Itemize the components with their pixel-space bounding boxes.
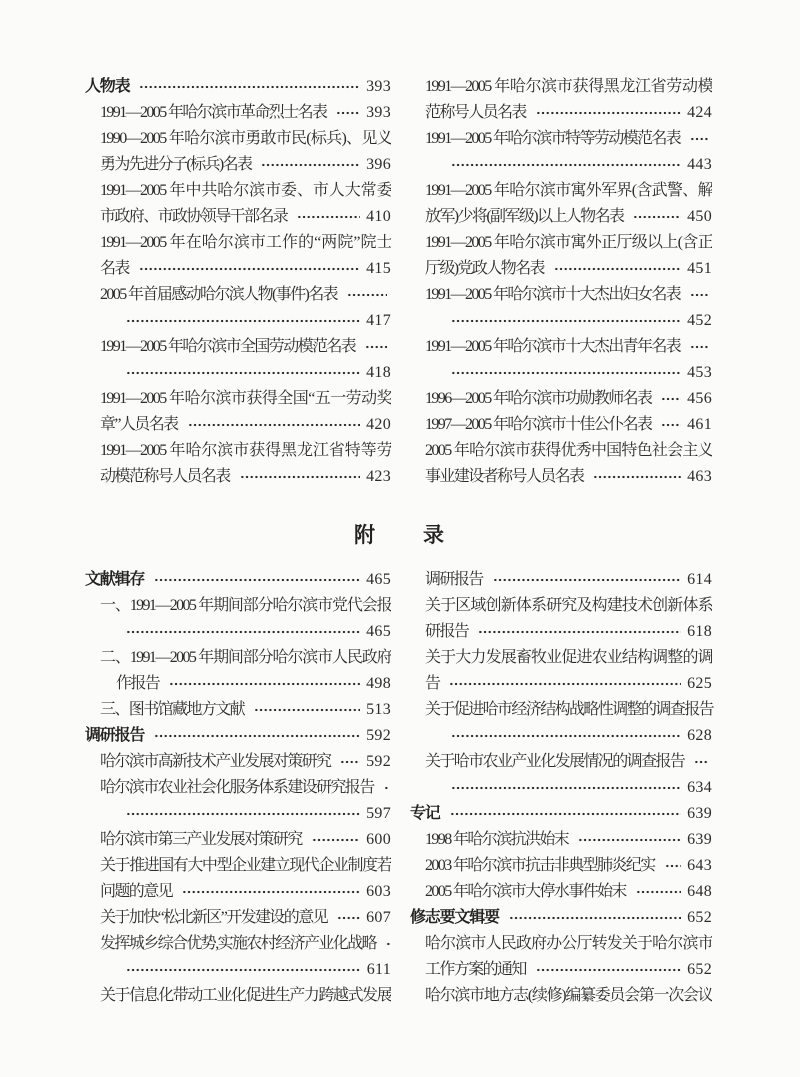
toc-entry-row: 1998 年哈尔滨抗洪始末639 [410, 827, 712, 853]
entry-title: 1991—2005 年哈尔滨市寓外正厅级以上(含正 [425, 230, 712, 256]
toc-entry-row: 1991—2005 年哈尔滨市全国劳动模范名表 [85, 334, 391, 360]
dot-leader [450, 360, 681, 386]
section-title: 人物表 [85, 74, 129, 100]
entry-title: 调研报告 [425, 567, 483, 593]
toc-entry-row: 1991—2005 年哈尔滨市获得黑龙江省劳动模 [410, 74, 712, 100]
dot-leader [535, 957, 681, 983]
toc-entry-row: 465 [85, 619, 391, 645]
toc-entry-row: 443 [410, 152, 712, 178]
toc-entry-row: 放军)少将(副军级)以上人物名表450 [410, 204, 712, 230]
dot-leader [125, 619, 360, 645]
toc-section-row: 文献辑存465 [85, 567, 391, 593]
dot-leader [181, 879, 360, 905]
dot-leader [168, 671, 360, 697]
section-title: 调研报告 [85, 723, 144, 749]
toc-entry-row: 问题的意见603 [85, 879, 391, 905]
dot-leader [260, 152, 360, 178]
dot-leader [125, 308, 360, 334]
toc-entry-row: 勇为先进分子(标兵)名表396 [85, 152, 391, 178]
entry-title: 发挥城乡综合优势,实施农村经济产业化战略 [100, 931, 376, 957]
dot-leader [689, 334, 708, 360]
toc-entry-row: 一、1991—2005 年期间部分哈尔滨市党代会报告 [85, 593, 391, 619]
entry-title: 2005 年哈尔滨市大停水事件始末 [425, 879, 626, 905]
toc-entry-row: 452 [410, 308, 712, 334]
page-number: 592 [364, 749, 391, 775]
page-number: 592 [364, 723, 391, 749]
toc-entry-row: 1991—2005 年中共哈尔滨市委、市人大常委会、 [85, 178, 391, 204]
page-number: 639 [685, 827, 712, 853]
dot-leader [693, 749, 708, 775]
toc-entry-row: 1991—2005 年哈尔滨市寓外军界(含武警、解 [410, 178, 712, 204]
page-number: 393 [364, 100, 391, 126]
dot-leader [339, 749, 360, 775]
page-number: 652 [685, 957, 712, 983]
dot-leader [239, 464, 360, 490]
page-number: 418 [364, 360, 391, 386]
entry-title: 问题的意见 [100, 879, 172, 905]
toc-entry-row: 研报告618 [410, 619, 712, 645]
page-number: 597 [364, 801, 391, 827]
toc-entry-row: 1991—2005 年哈尔滨市寓外正厅级以上(含正 [410, 230, 712, 256]
page-number: 415 [364, 256, 391, 282]
entry-title: 1991—2005 年哈尔滨市革命烈士名表 [100, 100, 326, 126]
entry-title: 二、1991—2005 年期间部分哈尔滨市人民政府工 [100, 645, 391, 671]
dot-leader [448, 671, 681, 697]
page-number: 652 [685, 905, 712, 931]
dot-leader [311, 827, 360, 853]
page-number: 625 [685, 671, 712, 697]
dot-leader [346, 282, 387, 308]
toc-entry-row: 2003 年哈尔滨市抗击非典型肺炎纪实643 [410, 853, 712, 879]
entry-title: 关于信息化带动工业化促进生产力跨越式发展的 [100, 983, 391, 1009]
dot-leader [296, 204, 360, 230]
entry-title: 哈尔滨市第三产业发展对策研究 [100, 827, 302, 853]
dot-leader [153, 723, 360, 749]
entry-title: 1997—2005 年哈尔滨市十佳公仆名表 [425, 412, 651, 438]
toc-top-section: 人物表3931991—2005 年哈尔滨市革命烈士名表3931990—2005 … [0, 74, 800, 490]
entry-title: 哈尔滨市人民政府办公厅转发关于哈尔滨市续志 [425, 931, 712, 957]
toc-entry-row: 哈尔滨市人民政府办公厅转发关于哈尔滨市续志 [410, 931, 712, 957]
dot-leader [535, 100, 681, 126]
toc-entry-row: 417 [85, 308, 391, 334]
toc-entry-row: 1991—2005 年哈尔滨市革命烈士名表393 [85, 100, 391, 126]
toc-entry-row: 章”人员名表420 [85, 412, 391, 438]
entry-title: 1991—2005 年哈尔滨市获得全国“五一劳动奖 [100, 386, 391, 412]
toc-entry-row: 1991—2005 年在哈尔滨市工作的“两院”院士 [85, 230, 391, 256]
page-number: 607 [364, 905, 391, 931]
entry-title: 1991—2005 年哈尔滨市获得黑龙江省劳动模 [425, 74, 712, 100]
entry-title: 2005 年首届感动哈尔滨人物(事件)名表 [100, 282, 337, 308]
dot-leader [689, 282, 708, 308]
entry-title: 厅级)党政人物名表 [425, 256, 544, 282]
toc-entry-row: 1991—2005 年哈尔滨市获得黑龙江省特等劳 [85, 438, 391, 464]
toc-entry-row: 2005 年哈尔滨市获得优秀中国特色社会主义 [410, 438, 712, 464]
toc-section-row: 调研报告592 [85, 723, 391, 749]
entry-title: 关于大力发展畜牧业促进农业结构调整的调查报 [425, 645, 712, 671]
section-title: 文献辑存 [85, 567, 144, 593]
entry-title: 勇为先进分子(标兵)名表 [100, 152, 251, 178]
entry-title: 关于区域创新体系研究及构建技术创新体系的调 [425, 593, 712, 619]
dot-leader [553, 256, 681, 282]
dot-leader [153, 567, 360, 593]
toc-entry-row: 关于促进哈市经济结构战略性调整的调查报告 [410, 697, 712, 723]
toc-column-bottom-left: 文献辑存465一、1991—2005 年期间部分哈尔滨市党代会报告465二、19… [85, 567, 391, 1009]
entry-title: 1991—2005 年哈尔滨市全国劳动模范名表 [100, 334, 355, 360]
page-number: 643 [685, 853, 712, 879]
toc-column-top-left: 人物表3931991—2005 年哈尔滨市革命烈士名表3931990—2005 … [85, 74, 391, 490]
toc-entry-row: 关于推进国有大中型企业建立现代企业制度若干 [85, 853, 391, 879]
dot-leader [125, 801, 360, 827]
entry-title: 2003 年哈尔滨市抗击非典型肺炎纪实 [425, 853, 655, 879]
section-title: 专记 [410, 801, 440, 827]
toc-entry-row: 关于信息化带动工业化促进生产力跨越式发展的 [85, 983, 391, 1009]
toc-entry-row: 1996—2005 年哈尔滨市功勋教师名表456 [410, 386, 712, 412]
dot-leader [664, 853, 681, 879]
entry-title: 一、1991—2005 年期间部分哈尔滨市党代会报告 [100, 593, 391, 619]
toc-entry-row: 动模范称号人员名表423 [85, 464, 391, 490]
toc-entry-row: 关于哈市农业产业化发展情况的调查报告 [410, 749, 712, 775]
dot-leader [449, 801, 681, 827]
toc-entry-row: 哈尔滨市地方志(续修)编纂委员会第一次会议纪 [410, 983, 712, 1009]
dot-leader [492, 567, 681, 593]
dot-leader [138, 256, 360, 282]
entry-title: 1998 年哈尔滨抗洪始末 [425, 827, 568, 853]
toc-entry-row: 作报告498 [85, 671, 391, 697]
toc-entry-row: 2005 年哈尔滨市大停水事件始末648 [410, 879, 712, 905]
entry-title: 1990—2005 年哈尔滨市勇敢市民(标兵)、见义 [100, 126, 391, 152]
entry-title: 三、图书馆藏地方文献 [100, 697, 244, 723]
entry-title: 市政府、市政协领导干部名录 [100, 204, 287, 230]
entry-title: 2005 年哈尔滨市获得优秀中国特色社会主义 [425, 438, 712, 464]
toc-entry-row: 二、1991—2005 年期间部分哈尔滨市人民政府工 [85, 645, 391, 671]
entry-title: 1991—2005 年哈尔滨市十大杰出妇女名表 [425, 282, 680, 308]
dot-leader [477, 619, 681, 645]
dot-leader [508, 905, 681, 931]
entry-title: 哈尔滨市农业社会化服务体系建设研究报告 [100, 775, 374, 801]
page-number: 452 [685, 308, 712, 334]
toc-entry-row: 634 [410, 775, 712, 801]
page-number: 465 [364, 567, 391, 593]
dot-leader [336, 905, 360, 931]
page-number: 513 [364, 697, 391, 723]
page-number: 611 [364, 957, 391, 983]
page-number: 417 [364, 308, 391, 334]
entry-title: 1991—2005 年哈尔滨市寓外军界(含武警、解 [425, 178, 712, 204]
toc-entry-row: 发挥城乡综合优势,实施农村经济产业化战略 [85, 931, 391, 957]
dot-leader [187, 412, 360, 438]
entry-title: 关于加快“松北新区”开发建设的意见 [100, 905, 327, 931]
page-number: 600 [364, 827, 391, 853]
entry-title: 1991—2005 年哈尔滨市获得黑龙江省特等劳 [100, 438, 391, 464]
entry-title: 1996—2005 年哈尔滨市功勋教师名表 [425, 386, 651, 412]
entry-title: 1991—2005 年在哈尔滨市工作的“两院”院士 [100, 230, 391, 256]
toc-entry-row: 告625 [410, 671, 712, 697]
dot-leader [632, 204, 681, 230]
toc-entry-row: 关于加快“松北新区”开发建设的意见607 [85, 905, 391, 931]
dot-leader [138, 74, 360, 100]
page-number: 424 [685, 100, 712, 126]
toc-column-bottom-right: 调研报告614关于区域创新体系研究及构建技术创新体系的调研报告618关于大力发展… [410, 567, 712, 1009]
dot-leader [577, 827, 681, 853]
toc-section-row: 修志要文辑要652 [410, 905, 712, 931]
toc-entry-row: 1997—2005 年哈尔滨市十佳公仆名表461 [410, 412, 712, 438]
page-number: 498 [364, 671, 391, 697]
dot-leader [253, 697, 360, 723]
toc-section-row: 人物表393 [85, 74, 391, 100]
page-number: 461 [685, 412, 712, 438]
dot-leader [335, 100, 360, 126]
toc-entry-row: 三、图书馆藏地方文献513 [85, 697, 391, 723]
entry-title: 作报告 [116, 671, 159, 697]
entry-title: 动模范称号人员名表 [100, 464, 230, 490]
page-number: 614 [685, 567, 712, 593]
toc-entry-row: 2005 年首届感动哈尔滨人物(事件)名表 [85, 282, 391, 308]
toc-entry-row: 628 [410, 723, 712, 749]
toc-entry-row: 453 [410, 360, 712, 386]
toc-section-row: 专记639 [410, 801, 712, 827]
toc-entry-row: 1991—2005 年哈尔滨市获得全国“五一劳动奖 [85, 386, 391, 412]
dot-leader [635, 879, 681, 905]
section-title: 修志要文辑要 [410, 905, 499, 931]
page-number: 648 [685, 879, 712, 905]
entry-title: 告 [425, 671, 439, 697]
dot-leader [385, 931, 391, 957]
toc-entry-row: 事业建设者称号人员名表463 [410, 464, 712, 490]
page-number: 603 [364, 879, 391, 905]
dot-leader [450, 775, 681, 801]
entry-title: 事业建设者称号人员名表 [425, 464, 583, 490]
entry-title: 章”人员名表 [100, 412, 178, 438]
dot-leader [660, 412, 681, 438]
toc-entry-row: 哈尔滨市高新技术产业发展对策研究592 [85, 749, 391, 775]
page-number: 451 [685, 256, 712, 282]
appendix-heading: 附 录 [0, 517, 800, 553]
entry-title: 关于哈市农业产业化发展情况的调查报告 [425, 749, 684, 775]
entry-title: 1991—2005 年哈尔滨市特等劳动模范名表 [425, 126, 680, 152]
page-number: 465 [364, 619, 391, 645]
toc-entry-row: 418 [85, 360, 391, 386]
page-number: 456 [685, 386, 712, 412]
entry-title: 哈尔滨市地方志(续修)编纂委员会第一次会议纪 [425, 983, 712, 1009]
dot-leader [660, 386, 681, 412]
page-number: 423 [364, 464, 391, 490]
dot-leader [689, 126, 708, 152]
page-number: 420 [364, 412, 391, 438]
dot-leader [592, 464, 681, 490]
toc-entry-row: 597 [85, 801, 391, 827]
entry-title: 放军)少将(副军级)以上人物名表 [425, 204, 623, 230]
page-number: 463 [685, 464, 712, 490]
entry-title: 关于促进哈市经济结构战略性调整的调查报告 [425, 697, 713, 723]
toc-entry-row: 关于区域创新体系研究及构建技术创新体系的调 [410, 593, 712, 619]
toc-entry-row: 调研报告614 [410, 567, 712, 593]
toc-bottom-section: 文献辑存465一、1991—2005 年期间部分哈尔滨市党代会报告465二、19… [0, 567, 800, 1009]
toc-entry-row: 1991—2005 年哈尔滨市十大杰出妇女名表 [410, 282, 712, 308]
dot-leader [450, 308, 681, 334]
entry-title: 关于推进国有大中型企业建立现代企业制度若干 [100, 853, 391, 879]
toc-entry-row: 611 [85, 957, 391, 983]
entry-title: 1991—2005 年哈尔滨市十大杰出青年名表 [425, 334, 680, 360]
entry-title: 研报告 [425, 619, 468, 645]
toc-entry-row: 范称号人员名表424 [410, 100, 712, 126]
toc-entry-row: 市政府、市政协领导干部名录410 [85, 204, 391, 230]
toc-entry-row: 1991—2005 年哈尔滨市十大杰出青年名表 [410, 334, 712, 360]
toc-entry-row: 哈尔滨市第三产业发展对策研究600 [85, 827, 391, 853]
dot-leader [125, 957, 360, 983]
page-number: 618 [685, 619, 712, 645]
toc-entry-row: 工作方案的通知652 [410, 957, 712, 983]
page-number: 628 [685, 723, 712, 749]
dot-leader [450, 723, 681, 749]
page-number: 639 [685, 801, 712, 827]
toc-column-top-right: 1991—2005 年哈尔滨市获得黑龙江省劳动模范称号人员名表4241991—2… [410, 74, 712, 490]
entry-title: 1991—2005 年中共哈尔滨市委、市人大常委会、 [100, 178, 391, 204]
toc-entry-row: 哈尔滨市农业社会化服务体系建设研究报告 [85, 775, 391, 801]
toc-entry-row: 厅级)党政人物名表451 [410, 256, 712, 282]
toc-entry-row: 关于大力发展畜牧业促进农业结构调整的调查报 [410, 645, 712, 671]
page-number: 634 [685, 775, 712, 801]
page-number: 443 [685, 152, 712, 178]
dot-leader [450, 152, 681, 178]
page-number: 410 [364, 204, 391, 230]
entry-title: 范称号人员名表 [425, 100, 526, 126]
page-number: 453 [685, 360, 712, 386]
dot-leader [125, 360, 360, 386]
entry-title: 名表 [100, 256, 129, 282]
dot-leader [364, 334, 387, 360]
entry-title: 哈尔滨市高新技术产业发展对策研究 [100, 749, 330, 775]
toc-entry-row: 名表415 [85, 256, 391, 282]
page-number: 396 [364, 152, 391, 178]
page-number: 450 [685, 204, 712, 230]
page-number: 393 [364, 74, 391, 100]
entry-title: 工作方案的通知 [425, 957, 526, 983]
dot-leader [383, 775, 389, 801]
toc-page: 人物表3931991—2005 年哈尔滨市革命烈士名表3931990—2005 … [0, 0, 800, 1077]
toc-entry-row: 1991—2005 年哈尔滨市特等劳动模范名表 [410, 126, 712, 152]
toc-entry-row: 1990—2005 年哈尔滨市勇敢市民(标兵)、见义 [85, 126, 391, 152]
